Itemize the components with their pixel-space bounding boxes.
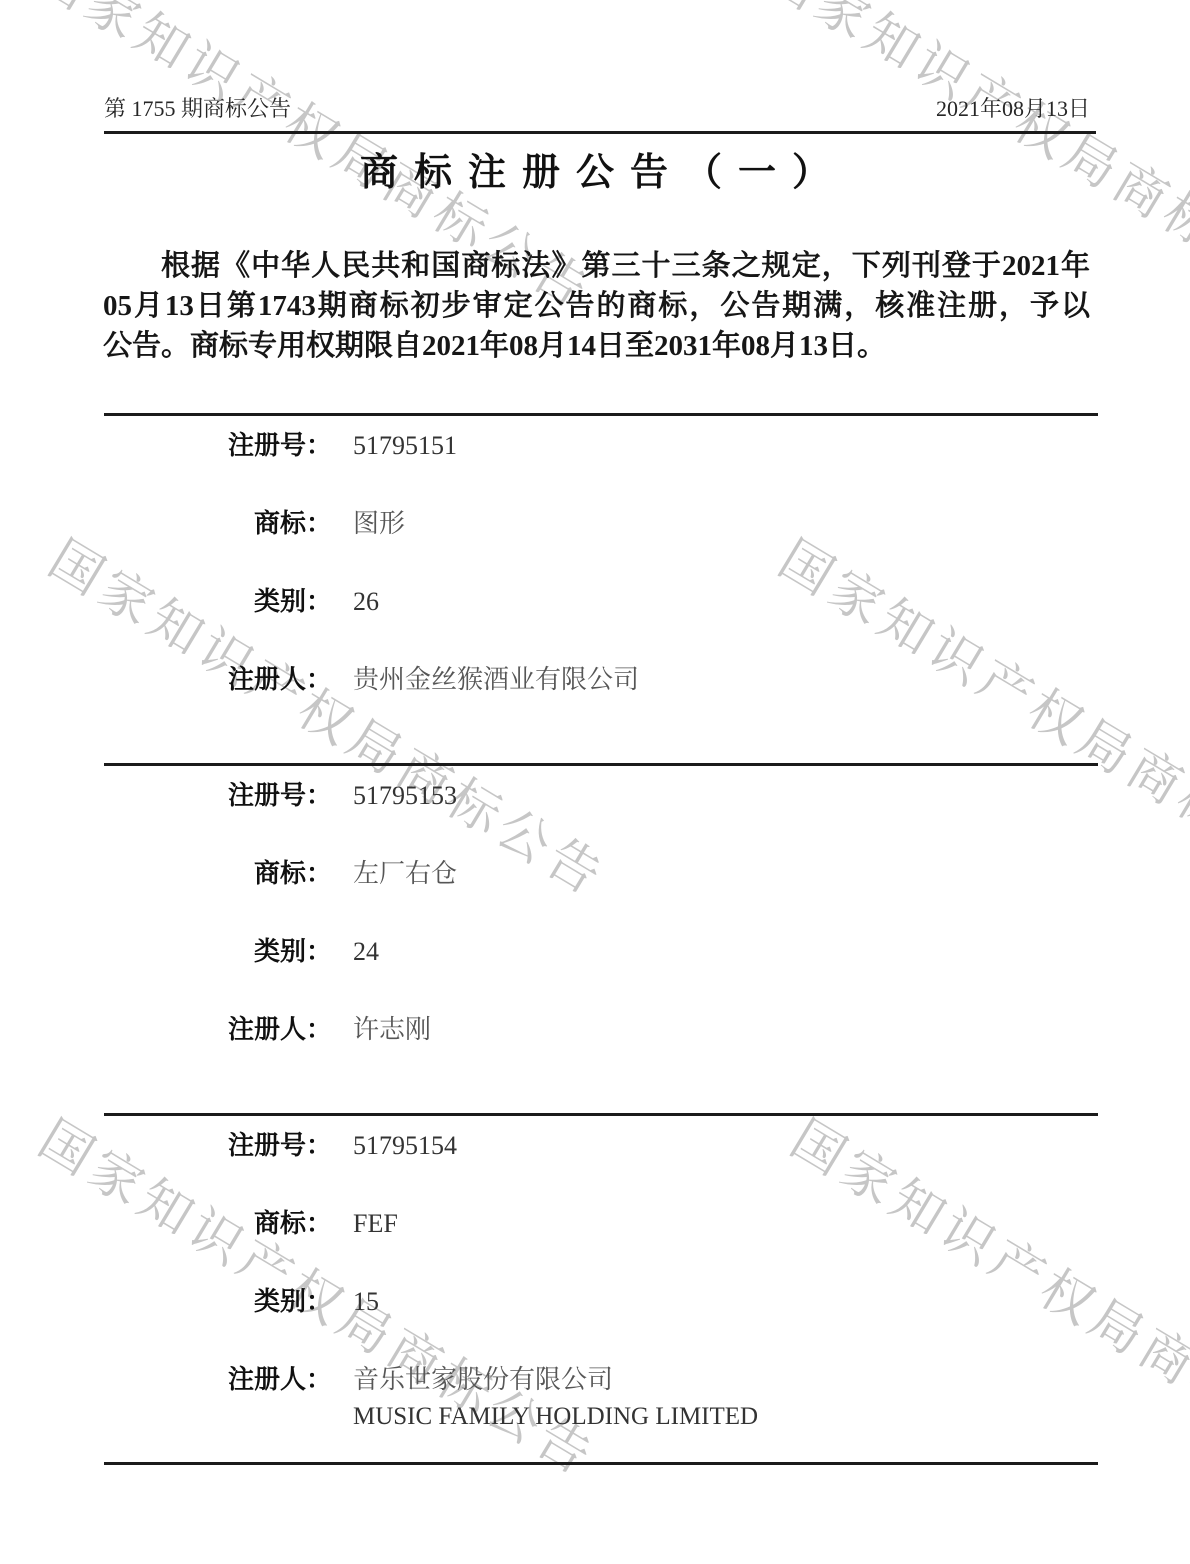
trademark-label: 商标： <box>104 1211 332 1237</box>
registrant-name-cn: 音乐世家股份有限公司 <box>353 1365 613 1394</box>
registrant-value: 音乐世家股份有限公司 MUSIC FAMILY HOLDING LIMITED <box>353 1367 758 1430</box>
field-row-registrant: 注册人： 音乐世家股份有限公司 MUSIC FAMILY HOLDING LIM… <box>104 1367 1098 1430</box>
registrant-name-cn: 贵州金丝猴酒业有限公司 <box>353 665 639 694</box>
registration-number-value: 51795154 <box>353 1133 457 1159</box>
page-header: 第 1755 期商标公告 2021年08月13日 <box>104 96 1090 122</box>
publication-date-label: 2021年08月13日 <box>936 96 1090 122</box>
field-row-class: 类别： 26 <box>104 589 1098 615</box>
field-row-class: 类别： 24 <box>104 939 1098 965</box>
class-value: 15 <box>353 1289 379 1315</box>
record-list: 注册号： 51795151 商标： 图形 类别： 26 注册人： 贵州金丝猴酒业… <box>104 413 1098 1462</box>
field-row-trademark: 商标： 图形 <box>104 511 1098 537</box>
registration-number-label: 注册号： <box>104 433 332 459</box>
registration-number-value: 51795153 <box>353 783 457 809</box>
intro-line: 05月13日第1743期商标初步审定公告的商标，公告期满，核准注册，予以 <box>103 286 1090 326</box>
trademark-label: 商标： <box>104 861 332 887</box>
field-row-trademark: 商标： FEF <box>104 1211 1098 1237</box>
trademark-value: 左厂右仓 <box>353 861 457 887</box>
class-value: 24 <box>353 939 379 965</box>
class-label: 类别： <box>104 589 332 615</box>
registrant-value: 许志刚 <box>353 1017 431 1043</box>
bottom-rule <box>104 1462 1098 1465</box>
registrant-label: 注册人： <box>104 667 332 693</box>
registrant-name-cn: 许志刚 <box>353 1015 431 1044</box>
issue-number-label: 第 1755 期商标公告 <box>104 96 291 122</box>
trademark-record: 注册号： 51795153 商标： 左厂右仓 类别： 24 注册人： 许志刚 <box>104 763 1098 1113</box>
trademark-record: 注册号： 51795154 商标： FEF 类别： 15 注册人： 音乐世家股份… <box>104 1113 1098 1462</box>
field-row-registration-number: 注册号： 51795154 <box>104 1133 1098 1159</box>
field-row-registrant: 注册人： 贵州金丝猴酒业有限公司 <box>104 667 1098 693</box>
page-content: 第 1755 期商标公告 2021年08月13日 商标注册公告（一） 根据《中华… <box>0 0 1190 1564</box>
registrant-name-en: MUSIC FAMILY HOLDING LIMITED <box>353 1404 758 1430</box>
registrant-label: 注册人： <box>104 1017 332 1043</box>
intro-line: 根据《中华人民共和国商标法》第三十三条之规定，下列刊登于2021年 <box>103 246 1090 286</box>
registrant-value: 贵州金丝猴酒业有限公司 <box>353 667 639 693</box>
registration-number-value: 51795151 <box>353 433 457 459</box>
trademark-value: 图形 <box>353 511 405 537</box>
header-rule <box>104 131 1096 134</box>
field-row-registration-number: 注册号： 51795153 <box>104 783 1098 809</box>
field-row-trademark: 商标： 左厂右仓 <box>104 861 1098 887</box>
registrant-label: 注册人： <box>104 1367 332 1430</box>
intro-paragraph: 根据《中华人民共和国商标法》第三十三条之规定，下列刊登于2021年 05月13日… <box>103 246 1090 366</box>
class-value: 26 <box>353 589 379 615</box>
gazette-page: 国家知识产权局商标公告 国家知识产权局商标公告 国家知识产权局商标公告 国家知识… <box>0 0 1190 1564</box>
intro-line: 公告。商标专用权期限自2021年08月14日至2031年08月13日。 <box>103 326 1090 366</box>
field-row-class: 类别： 15 <box>104 1289 1098 1315</box>
trademark-record: 注册号： 51795151 商标： 图形 类别： 26 注册人： 贵州金丝猴酒业… <box>104 413 1098 763</box>
registration-number-label: 注册号： <box>104 1133 332 1159</box>
registration-number-label: 注册号： <box>104 783 332 809</box>
page-title: 商标注册公告（一） <box>0 148 1190 198</box>
field-row-registration-number: 注册号： 51795151 <box>104 433 1098 459</box>
trademark-label: 商标： <box>104 511 332 537</box>
class-label: 类别： <box>104 1289 332 1315</box>
trademark-value: FEF <box>353 1211 398 1237</box>
class-label: 类别： <box>104 939 332 965</box>
field-row-registrant: 注册人： 许志刚 <box>104 1017 1098 1043</box>
